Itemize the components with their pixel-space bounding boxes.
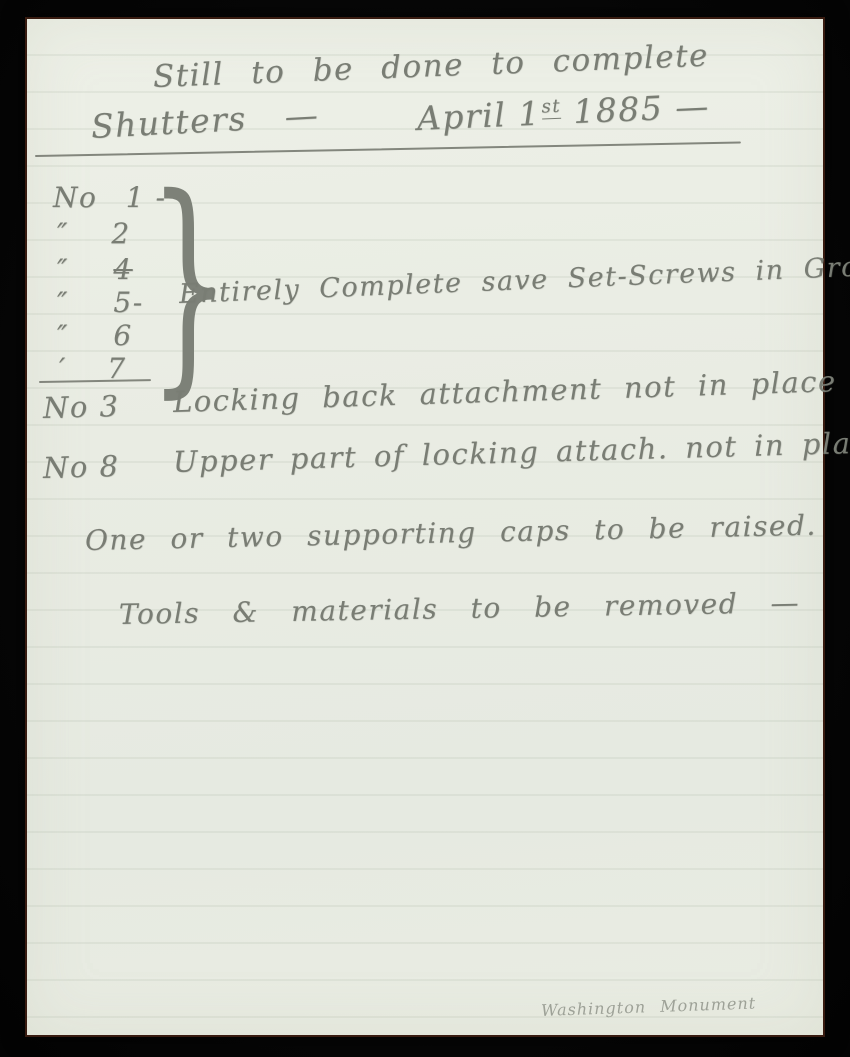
- scanned-manuscript-page: { "scan": { "background_color": "#070707…: [0, 0, 850, 1057]
- group-row-5: ″ 6: [57, 319, 133, 352]
- group-annotation: Entirely Complete save Set-Screws in Gro…: [178, 249, 850, 310]
- ditto-mark: ″: [57, 286, 69, 319]
- shutter-number: 5-: [113, 286, 143, 319]
- group-row-3: ″ 4: [57, 253, 133, 286]
- exception-2-text: Upper part of locking attach. not in pla…: [173, 425, 850, 479]
- date-prefix: April 1: [416, 94, 541, 138]
- remark-supporting-caps: One or two supporting caps to be raised.: [85, 509, 817, 557]
- ditto-mark: No: [53, 181, 97, 214]
- manuscript-paper: Still to be done to complete Shutters — …: [27, 19, 823, 1035]
- exception-1-text: Locking back attachment not in place: [172, 364, 837, 419]
- date-suffix: 1885 —: [572, 86, 710, 131]
- title-underline: [35, 141, 741, 157]
- group-row-4: ″ 5-: [57, 286, 144, 319]
- shutter-number: 2: [111, 217, 130, 250]
- note-date: April 1st 1885 —: [416, 86, 710, 138]
- group-row-2: ″ 2: [57, 217, 131, 250]
- archival-caption: Washington Monument: [541, 993, 757, 1020]
- exception-2-label: No 8: [43, 449, 120, 485]
- shutter-number-struck: 4: [113, 253, 132, 286]
- note-subject: Shutters —: [90, 95, 320, 146]
- ditto-mark: ″: [57, 217, 69, 250]
- shutter-number: 6: [113, 319, 132, 352]
- note-title: Still to be done to complete: [152, 38, 709, 95]
- ditto-mark: ″: [57, 253, 69, 286]
- exception-1-label: No 3: [43, 389, 120, 425]
- remark-tools-materials: Tools & materials to be removed —: [119, 586, 801, 631]
- date-ordinal: st: [541, 96, 562, 120]
- ditto-mark: ″: [57, 319, 69, 352]
